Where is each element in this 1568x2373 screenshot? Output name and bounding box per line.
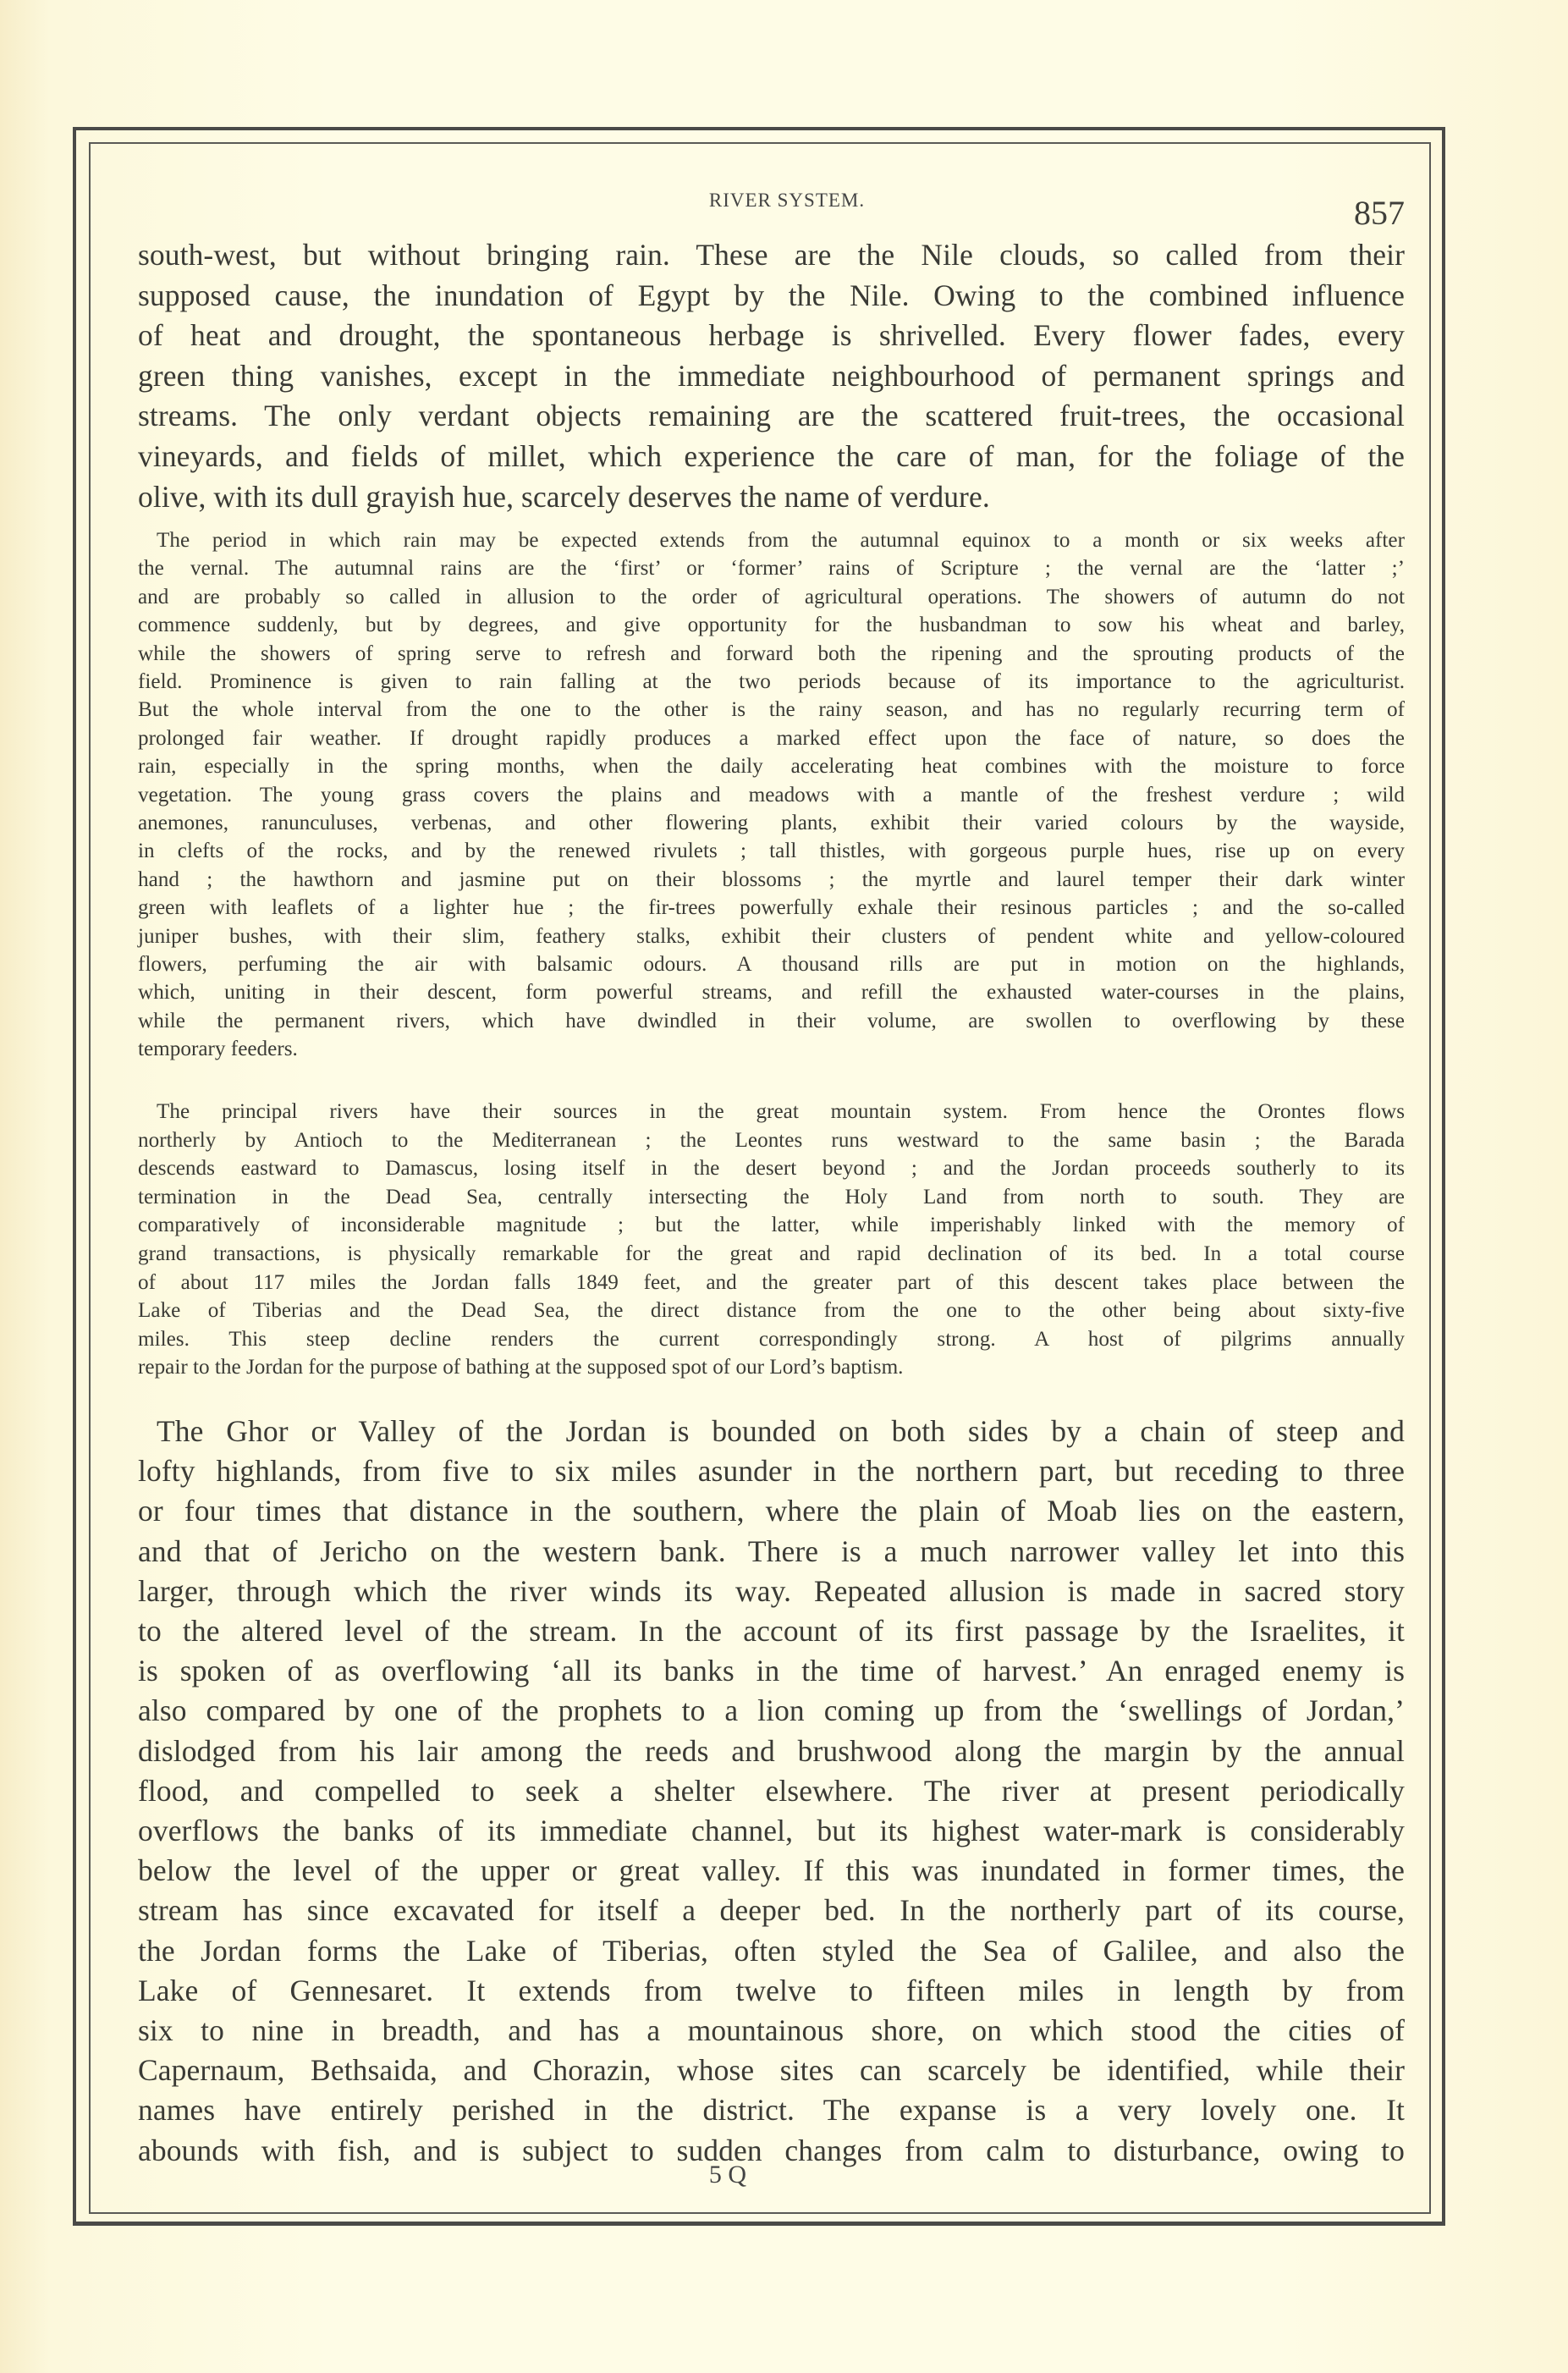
text-line: comparatively of inconsiderable magnitud… bbox=[138, 1211, 1405, 1239]
text-line: temporary feeders. bbox=[138, 1035, 1405, 1063]
text-line: stream has since excavated for itself a … bbox=[138, 1891, 1405, 1930]
text-line: prolonged fair weather. If drought rapid… bbox=[138, 724, 1405, 752]
text-line: of heat and drought, the spontaneous her… bbox=[138, 316, 1405, 355]
text-line: names have entirely perished in the dist… bbox=[138, 2090, 1405, 2129]
text-line: repair to the Jordan for the purpose of … bbox=[138, 1353, 1405, 1381]
text-line: The principal rivers have their sources … bbox=[138, 1098, 1405, 1126]
text-line: vineyards, and fields of millet, which e… bbox=[138, 437, 1405, 476]
text-line: or four times that distance in the south… bbox=[138, 1491, 1405, 1530]
text-line: lofty highlands, from five to six miles … bbox=[138, 1451, 1405, 1490]
text-line: flood, and compelled to seek a shelter e… bbox=[138, 1771, 1405, 1810]
text-line: larger, through which the river winds it… bbox=[138, 1572, 1405, 1610]
text-line: Capernaum, Bethsaida, and Chorazin, whos… bbox=[138, 2051, 1405, 2089]
text-line: commence suddenly, but by degrees, and g… bbox=[138, 611, 1405, 639]
text-line: rain, especially in the spring months, w… bbox=[138, 752, 1405, 780]
text-line: olive, with its dull grayish hue, scarce… bbox=[138, 477, 1405, 516]
text-line: the Jordan forms the Lake of Tiberias, o… bbox=[138, 1931, 1405, 1970]
text-line: overflows the banks of its immediate cha… bbox=[138, 1811, 1405, 1850]
text-line: while the permanent rivers, which have d… bbox=[138, 1007, 1405, 1035]
text-line: But the whole interval from the one to t… bbox=[138, 696, 1405, 724]
text-line: descends eastward to Damascus, losing it… bbox=[138, 1154, 1405, 1182]
text-line: south-west, but without bringing rain. T… bbox=[138, 235, 1405, 274]
text-line: northerly by Antioch to the Mediterranea… bbox=[138, 1126, 1405, 1154]
text-line: termination in the Dead Sea, centrally i… bbox=[138, 1183, 1405, 1211]
text-line: Lake of Gennesaret. It extends from twel… bbox=[138, 1971, 1405, 2010]
text-line: is spoken of as overflowing ‘all its ban… bbox=[138, 1651, 1405, 1690]
text-line: Lake of Tiberias and the Dead Sea, the d… bbox=[138, 1297, 1405, 1324]
text-line: to the altered level of the stream. In t… bbox=[138, 1611, 1405, 1650]
text-line: vegetation. The young grass covers the p… bbox=[138, 781, 1405, 809]
text-line: field. Prominence is given to rain falli… bbox=[138, 668, 1405, 696]
running-head: RIVER SYSTEM. bbox=[609, 190, 965, 212]
text-line: The period in which rain may be expected… bbox=[138, 526, 1405, 554]
text-line: grand transactions, is physically remark… bbox=[138, 1240, 1405, 1268]
text-line: which, uniting in their descent, form po… bbox=[138, 978, 1405, 1006]
text-line: green with leaflets of a lighter hue ; t… bbox=[138, 894, 1405, 922]
text-line: supposed cause, the inundation of Egypt … bbox=[138, 276, 1405, 315]
text-line: anemones, ranunculuses, verbenas, and ot… bbox=[138, 809, 1405, 837]
text-line: of about 117 miles the Jordan falls 1849… bbox=[138, 1269, 1405, 1297]
text-line: in clefts of the rocks, and by the renew… bbox=[138, 837, 1405, 865]
signature-mark: 5 Q bbox=[643, 2161, 812, 2189]
text-line: below the level of the upper or great va… bbox=[138, 1851, 1405, 1890]
text-line: and that of Jericho on the western bank.… bbox=[138, 1532, 1405, 1571]
text-line: miles. This steep decline renders the cu… bbox=[138, 1325, 1405, 1353]
text-line: also compared by one of the prophets to … bbox=[138, 1691, 1405, 1730]
text-line: juniper bushes, with their slim, feather… bbox=[138, 922, 1405, 950]
text-line: flowers, perfuming the air with balsamic… bbox=[138, 950, 1405, 978]
text-line: while the showers of spring serve to ref… bbox=[138, 640, 1405, 668]
text-line: The Ghor or Valley of the Jordan is boun… bbox=[138, 1412, 1405, 1451]
text-line: dislodged from his lair among the reeds … bbox=[138, 1732, 1405, 1770]
text-line: and are probably so called in allusion t… bbox=[138, 583, 1405, 611]
text-line: streams. The only verdant objects remain… bbox=[138, 396, 1405, 435]
text-line: green thing vanishes, except in the imme… bbox=[138, 356, 1405, 395]
page-number: 857 bbox=[1320, 193, 1405, 233]
text-line: hand ; the hawthorn and jasmine put on t… bbox=[138, 866, 1405, 894]
text-line: the vernal. The autumnal rains are the ‘… bbox=[138, 554, 1405, 582]
text-line: six to nine in breadth, and has a mounta… bbox=[138, 2011, 1405, 2050]
